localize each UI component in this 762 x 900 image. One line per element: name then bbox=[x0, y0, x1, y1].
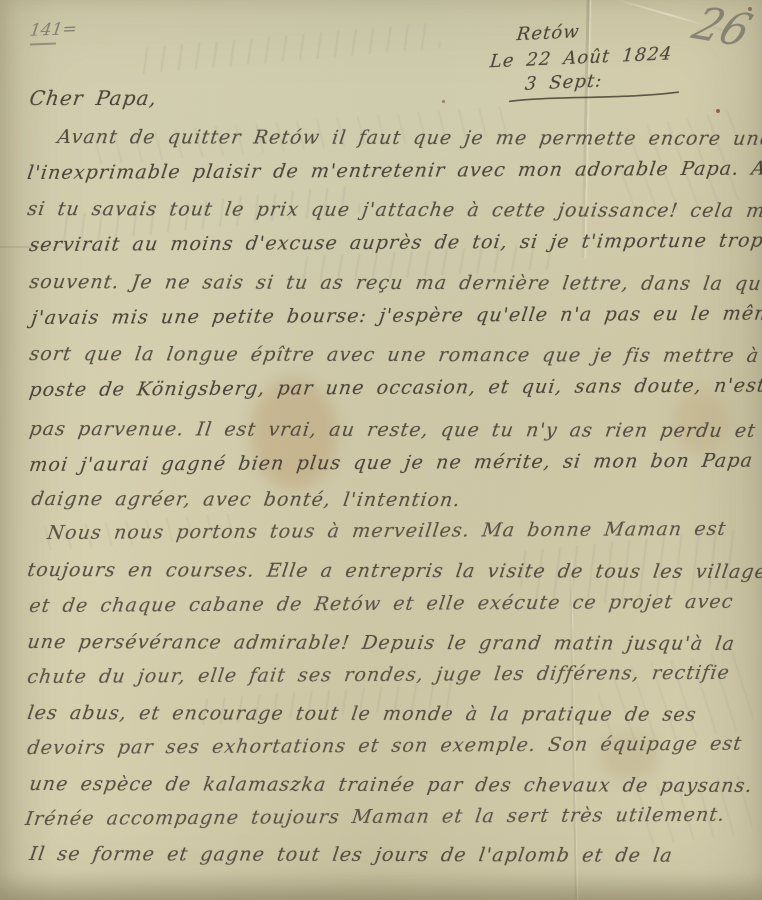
heading-date: Le 22 Août 1824 bbox=[489, 43, 674, 72]
letter-line: et de chaque cabane de Retów et elle exé… bbox=[28, 591, 735, 617]
letter-line: Avant de quitter Retów il faut que je me… bbox=[56, 126, 762, 150]
ink-speck bbox=[716, 109, 720, 113]
letter-line: une espèce de kalamaszka trainée par des… bbox=[28, 773, 754, 797]
letter-line: moi j'aurai gagné bien plus que je ne mé… bbox=[28, 450, 755, 476]
letter-line: toujours en courses. Elle a entrepris la… bbox=[26, 559, 762, 583]
letter-line: daigne agréer, avec bonté, l'intention. bbox=[30, 488, 462, 511]
heading-place: Retów bbox=[516, 21, 581, 45]
letter-line: sort que la longue épître avec une roman… bbox=[28, 343, 762, 367]
letter-line: chute du jour, elle fait ses rondes, jug… bbox=[26, 662, 731, 688]
letter-line: Irénée accompagne toujours Maman et la s… bbox=[24, 804, 727, 830]
salutation: Cher Papa, bbox=[28, 86, 159, 110]
letter-line: servirait au moins d'excuse auprès de to… bbox=[28, 230, 762, 256]
letter-line: devoirs par ses exhortations et son exem… bbox=[26, 733, 744, 759]
letter-line: pas parvenue. Il est vrai, au reste, que… bbox=[28, 418, 762, 442]
letter-line: une persévérance admirable! Depuis le gr… bbox=[26, 631, 737, 655]
bottom-edge-shadow bbox=[0, 872, 762, 900]
letter-page: 141= 26 Retów Le 22 Août 1824 3 Sept: Ch… bbox=[0, 0, 762, 900]
letter-line: j'avais mis une petite bourse: j'espère … bbox=[30, 302, 762, 329]
letter-line: souvent. Je ne sais si tu as reçu ma der… bbox=[28, 271, 762, 295]
letter-line: les abus, et encourage tout le monde à l… bbox=[26, 702, 698, 726]
letter-line: Il se forme et gagne tout les jours de l… bbox=[28, 843, 674, 867]
letter-line: l'inexprimable plaisir de m'entretenir a… bbox=[26, 157, 762, 184]
letter-line: si tu savais tout le prix que j'attache … bbox=[26, 198, 762, 222]
letter-line: Nous nous portons tous à merveilles. Ma … bbox=[46, 518, 728, 544]
letter-line: poste de Königsberg, par une occasion, e… bbox=[28, 375, 762, 401]
